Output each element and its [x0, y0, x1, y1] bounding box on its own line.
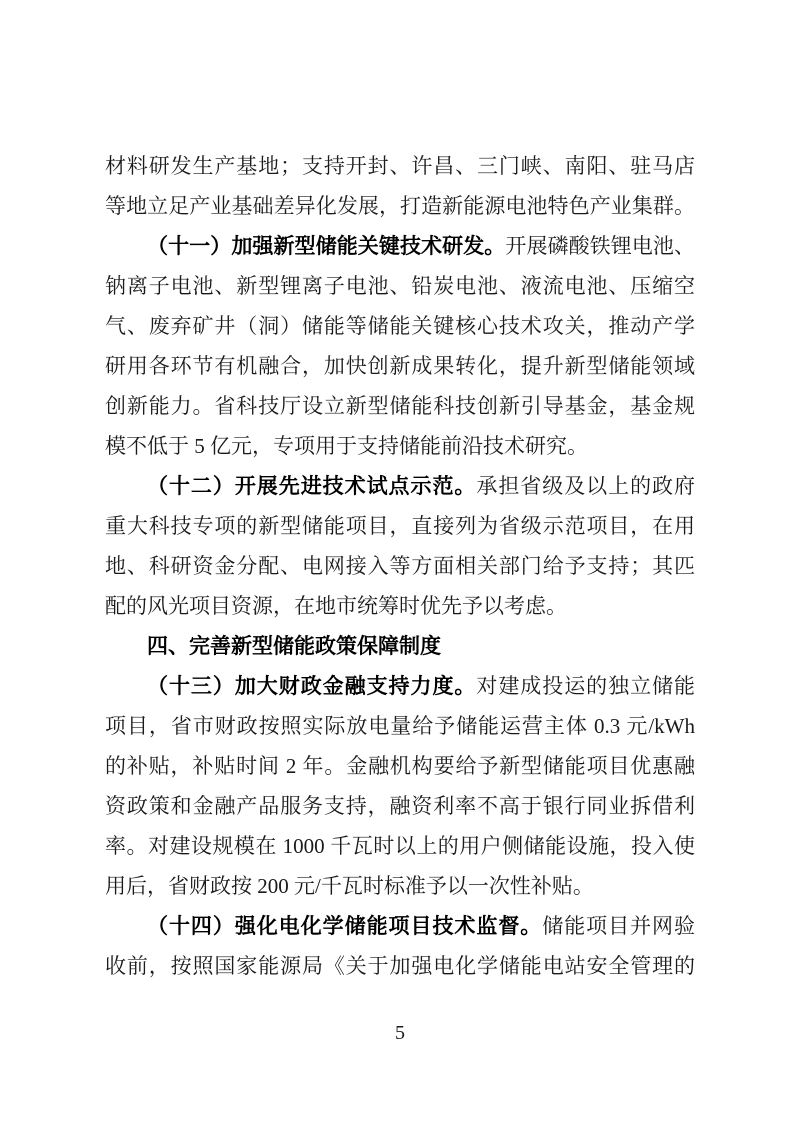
text-line: 研用各环节有机融合，加快创新成果转化，提升新型储能领域 — [105, 346, 695, 386]
body-text: 储能项目并网验 — [542, 914, 695, 938]
text-body: 材料研发生产基地；支持开封、许昌、三门峡、南阳、驻马店等地立足产业基础差异化发展… — [105, 146, 695, 986]
body-text: 气、废弃矿井（洞）储能等储能关键核心技术攻关，推动产学 — [105, 314, 695, 338]
body-text: 创新能力。省科技厅设立新型储能科技创新引导基金，基金规 — [105, 394, 695, 418]
body-text: 用后，省财政按 200 元/千瓦时标准予以一次性补贴。 — [105, 874, 594, 898]
heading-line: （十四）强化电化学储能项目技术监督。储能项目并网验 — [105, 906, 695, 946]
body-text: 收前，按照国家能源局《关于加强电化学储能电站安全管理的 — [105, 954, 695, 978]
text-line: 模不低于 5 亿元，专项用于支持储能前沿技术研究。 — [105, 426, 695, 466]
body-text: 资政策和金融产品服务支持，融资利率不高于银行同业拆借利 — [105, 794, 695, 818]
text-line: 的补贴，补贴时间 2 年。金融机构要给予新型储能项目优惠融 — [105, 746, 695, 786]
text-line: 地、科研资金分配、电网接入等方面相关部门给予支持；其匹 — [105, 546, 695, 586]
body-text: 模不低于 5 亿元，专项用于支持储能前沿技术研究。 — [105, 434, 588, 458]
heading-text: （十一）加强新型储能关键技术研发。 — [147, 235, 505, 258]
page-number: 5 — [0, 1018, 800, 1048]
body-text: 钠离子电池、新型锂离子电池、铅炭电池、液流电池、压缩空 — [105, 274, 695, 298]
body-text: 率。对建设规模在 1000 千瓦时以上的用户侧储能设施，投入使 — [105, 834, 695, 858]
body-text: 对建成投运的独立储能 — [476, 674, 695, 698]
text-line: 重大科技专项的新型储能项目，直接列为省级示范项目，在用 — [105, 506, 695, 546]
text-line: 率。对建设规模在 1000 千瓦时以上的用户侧储能设施，投入使 — [105, 826, 695, 866]
body-text: 的补贴，补贴时间 2 年。金融机构要给予新型储能项目优惠融 — [105, 754, 695, 778]
text-line: 气、废弃矿井（洞）储能等储能关键核心技术攻关，推动产学 — [105, 306, 695, 346]
body-text: 承担省级及以上的政府 — [476, 474, 695, 498]
heading-line: （十一）加强新型储能关键技术研发。开展磷酸铁锂电池、 — [105, 226, 695, 266]
text-line: 用后，省财政按 200 元/千瓦时标准予以一次性补贴。 — [105, 866, 695, 906]
heading-line: 四、完善新型储能政策保障制度 — [105, 626, 695, 666]
document-page: 材料研发生产基地；支持开封、许昌、三门峡、南阳、驻马店等地立足产业基础差异化发展… — [0, 0, 800, 1131]
body-text: 重大科技专项的新型储能项目，直接列为省级示范项目，在用 — [105, 514, 695, 538]
heading-text: （十二）开展先进技术试点示范。 — [147, 475, 476, 498]
body-text: 等地立足产业基础差异化发展，打造新能源电池特色产业集群。 — [105, 194, 695, 218]
body-text: 材料研发生产基地；支持开封、许昌、三门峡、南阳、驻马店 — [105, 154, 695, 178]
text-line: 配的风光项目资源，在地市统筹时优先予以考虑。 — [105, 586, 695, 626]
text-line: 收前，按照国家能源局《关于加强电化学储能电站安全管理的 — [105, 946, 695, 986]
text-line: 钠离子电池、新型锂离子电池、铅炭电池、液流电池、压缩空 — [105, 266, 695, 306]
heading-line: （十二）开展先进技术试点示范。承担省级及以上的政府 — [105, 466, 695, 506]
heading-text: 四、完善新型储能政策保障制度 — [147, 635, 441, 658]
text-line: 项目，省市财政按照实际放电量给予储能运营主体 0.3 元/kWh — [105, 706, 695, 746]
text-line: 材料研发生产基地；支持开封、许昌、三门峡、南阳、驻马店 — [105, 146, 695, 186]
text-line: 资政策和金融产品服务支持，融资利率不高于银行同业拆借利 — [105, 786, 695, 826]
body-text: 项目，省市财政按照实际放电量给予储能运营主体 0.3 元/kWh — [105, 714, 695, 738]
body-text: 地、科研资金分配、电网接入等方面相关部门给予支持；其匹 — [105, 554, 695, 578]
body-text: 配的风光项目资源，在地市统筹时优先予以考虑。 — [105, 594, 567, 618]
heading-line: （十三）加大财政金融支持力度。对建成投运的独立储能 — [105, 666, 695, 706]
text-line: 创新能力。省科技厅设立新型储能科技创新引导基金，基金规 — [105, 386, 695, 426]
heading-text: （十四）强化电化学储能项目技术监督。 — [147, 915, 542, 938]
body-text: 开展磷酸铁锂电池、 — [505, 234, 695, 258]
body-text: 研用各环节有机融合，加快创新成果转化，提升新型储能领域 — [105, 354, 695, 378]
text-line: 等地立足产业基础差异化发展，打造新能源电池特色产业集群。 — [105, 186, 695, 226]
heading-text: （十三）加大财政金融支持力度。 — [147, 675, 476, 698]
